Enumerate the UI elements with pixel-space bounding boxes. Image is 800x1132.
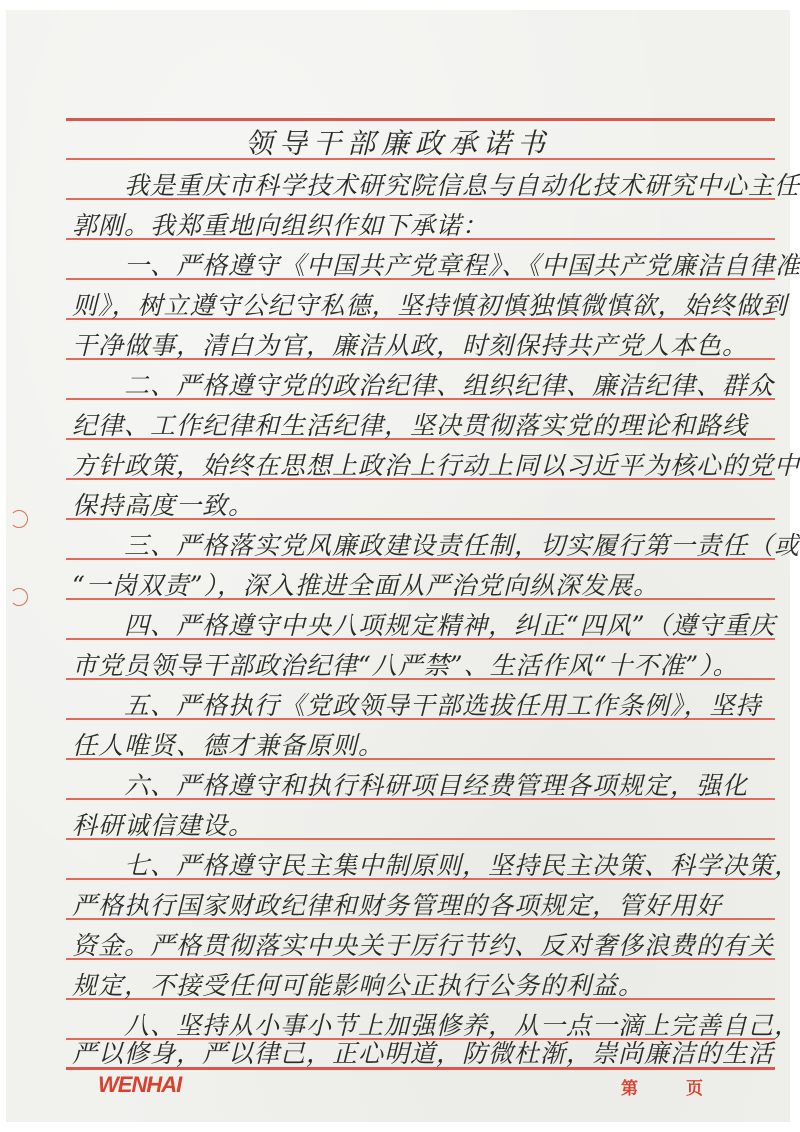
- brand-logo: WENHAI: [98, 1072, 181, 1098]
- text-line: 五、严格执行《党政领导干部选拔任用工作条例》，坚持: [72, 686, 772, 722]
- document-title: 领导干部廉政承诺书: [6, 122, 790, 162]
- lined-paper-sheet: 领导干部廉政承诺书 我是重庆市科学技术研究院信息与自动化技术研究中心主任 郭刚。…: [6, 10, 790, 1122]
- text-line: 六、严格遵守和执行科研项目经费管理各项规定，强化: [72, 766, 772, 802]
- text-line: 资金。严格贯彻落实中央关于厉行节约、反对奢侈浪费的有关: [72, 926, 772, 962]
- text-line: 科研诚信建设。: [72, 806, 772, 842]
- text-line: 干净做事，清白为官，廉洁从政，时刻保持共产党人本色。: [72, 326, 772, 362]
- text-line: “一岗双责”），深入推进全面从严治党向纵深发展。: [72, 566, 772, 602]
- text-line: 三、严格落实党风廉政建设责任制，切实履行第一责任（或: [72, 526, 772, 562]
- ruled-line-top: [66, 118, 775, 121]
- text-line: 则》，树立遵守公纪守私德，坚持慎初慎独慎微慎欲，始终做到: [72, 286, 772, 322]
- text-line: 保持高度一致。: [72, 486, 772, 522]
- text-line: 二、严格遵守党的政治纪律、组织纪律、廉洁纪律、群众: [72, 366, 772, 402]
- binder-hole: [10, 510, 28, 528]
- text-line: 严以修身，严以律己，正心明道，防微杜渐，崇尚廉洁的生活: [72, 1034, 772, 1070]
- text-line: 我是重庆市科学技术研究院信息与自动化技术研究中心主任: [72, 166, 772, 202]
- text-line: 纪律、工作纪律和生活纪律，坚决贯彻落实党的理论和路线: [72, 406, 772, 442]
- text-line: 市党员领导干部政治纪律“八严禁”、生活作风“十不准”）。: [72, 646, 772, 682]
- text-line: 七、严格遵守民主集中制原则，坚持民主决策、科学决策，: [72, 846, 772, 882]
- page-suffix-label: 页: [686, 1074, 703, 1099]
- page-prefix-label: 第: [621, 1074, 638, 1099]
- text-line: 严格执行国家财政纪律和财务管理的各项规定，管好用好: [72, 886, 772, 922]
- text-line: 规定，不接受任何可能影响公正执行公务的利益。: [72, 966, 772, 1002]
- text-line: 四、严格遵守中央八项规定精神，纠正“四风”（遵守重庆: [72, 606, 772, 642]
- binder-hole: [10, 588, 28, 606]
- text-line: 郭刚。我郑重地向组织作如下承诺：: [72, 206, 772, 242]
- text-line: 方针政策，始终在思想上政治上行动上同以习近平为核心的党中央: [72, 446, 772, 482]
- text-line: 一、严格遵守《中国共产党章程》、《中国共产党廉洁自律准: [72, 246, 772, 282]
- text-line: 任人唯贤、德才兼备原则。: [72, 726, 772, 762]
